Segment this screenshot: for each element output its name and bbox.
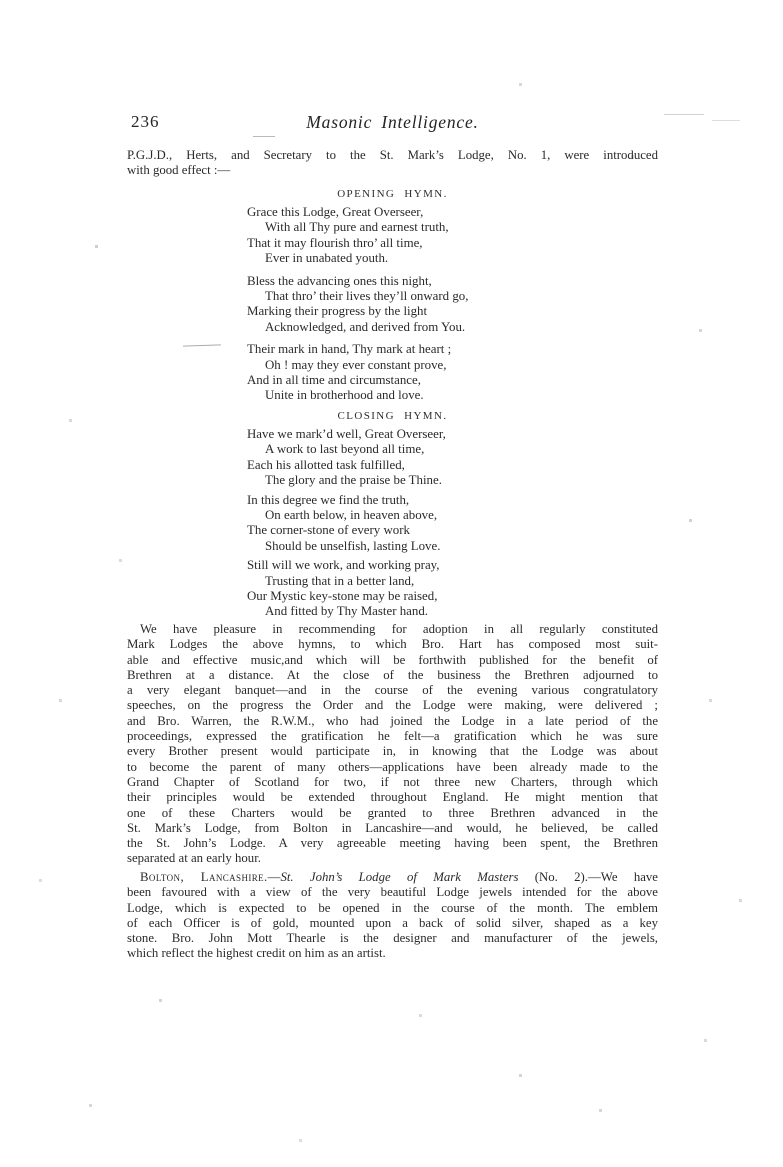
hymn-line: Still will we work, and working pray, bbox=[247, 558, 658, 573]
hymn-line: The corner-stone of every work bbox=[247, 523, 658, 538]
body-line: P.G.J.D., Herts, and Secretary to the St… bbox=[127, 148, 658, 163]
body-line: separated at an early hour. bbox=[127, 851, 658, 866]
hymn-line: That thro’ their lives they’ll onward go… bbox=[247, 289, 658, 304]
hymn-line: Marking their progress by the light bbox=[247, 304, 658, 319]
body-line: and Bro. Warren, the R.W.M., who had joi… bbox=[127, 714, 658, 729]
body-line: a very elegant banquet—and in the course… bbox=[127, 683, 658, 698]
report-paragraph: We have pleasure in recommending for ado… bbox=[127, 622, 658, 867]
intro-paragraph: P.G.J.D., Herts, and Secretary to the St… bbox=[127, 148, 658, 179]
body-line: stone. Bro. John Mott Thearle is the des… bbox=[127, 931, 658, 946]
hymn-line: On earth below, in heaven above, bbox=[247, 508, 658, 523]
lead-rest: (No. 2).—We have bbox=[518, 870, 658, 884]
opening-hymn-section: OPENING HYMN. Grace this Lodge, Great Ov… bbox=[127, 188, 658, 411]
body-line: Grand Chapter of Scotland for two, if no… bbox=[127, 775, 658, 790]
body-line: We have pleasure in recommending for ado… bbox=[127, 622, 658, 637]
hymn-line: Have we mark’d well, Great Overseer, bbox=[247, 427, 658, 442]
body-line: proceedings, expressed the gratification… bbox=[127, 729, 658, 744]
body-line: Bolton, Lancashire.—St. John’s Lodge of … bbox=[127, 870, 658, 885]
page-header: 236 Masonic Intelligence. bbox=[127, 112, 658, 136]
hymn-verse: Grace this Lodge, Great Overseer, With a… bbox=[127, 205, 658, 267]
hymn-line: Our Mystic key-stone may be raised, bbox=[247, 589, 658, 604]
opening-hymn-heading: OPENING HYMN. bbox=[127, 188, 658, 201]
body-line: been favoured with a view of the very be… bbox=[127, 885, 658, 900]
closing-hymn-section: CLOSING HYMN. Have we mark’d well, Great… bbox=[127, 410, 658, 624]
scan-speckles bbox=[0, 0, 1, 1]
body-line: St. Mark’s Lodge, from Bolton in Lancash… bbox=[127, 821, 658, 836]
body-line: with good effect :— bbox=[127, 163, 658, 178]
closing-hymn-heading: CLOSING HYMN. bbox=[127, 410, 658, 423]
hymn-line: Trusting that in a better land, bbox=[247, 574, 658, 589]
hymn-line: Oh ! may they ever constant prove, bbox=[247, 358, 658, 373]
hymn-line: Unite in brotherhood and love. bbox=[247, 388, 658, 403]
scanned-page: 236 Masonic Intelligence. P.G.J.D., Hert… bbox=[0, 0, 783, 1167]
hymn-line: With all Thy pure and earnest truth, bbox=[247, 220, 658, 235]
hymn-line: Bless the advancing ones this night, bbox=[247, 274, 658, 289]
body-line: Lodge, which is expected to be opened in… bbox=[127, 901, 658, 916]
hymn-verse: In this degree we find the truth, On ear… bbox=[127, 493, 658, 555]
body-line: of each Officer is of gold, mounted upon… bbox=[127, 916, 658, 931]
page-number: 236 bbox=[131, 112, 160, 132]
place-name: Bolton, Lancashire. bbox=[140, 870, 268, 884]
dash: — bbox=[268, 870, 281, 884]
body-line: which reflect the highest credit on him … bbox=[127, 946, 658, 961]
hymn-verse: Bless the advancing ones this night, Tha… bbox=[127, 274, 658, 336]
hymn-verse: Have we mark’d well, Great Overseer, A w… bbox=[127, 427, 658, 489]
body-line: the St. John’s Lodge. A very agreeable m… bbox=[127, 836, 658, 851]
scan-artifact bbox=[253, 136, 275, 137]
hymn-line: Ever in unabated youth. bbox=[247, 251, 658, 266]
body-line: their principles would be extended throu… bbox=[127, 790, 658, 805]
hymn-line: Should be unselfish, lasting Love. bbox=[247, 539, 658, 554]
body-line: Brethren at a distance. At the close of … bbox=[127, 668, 658, 683]
hymn-verse: Still will we work, and working pray, Tr… bbox=[127, 558, 658, 620]
body-line: Mark Lodges the above hymns, to which Br… bbox=[127, 637, 658, 652]
body-line: every Brother present would participate … bbox=[127, 744, 658, 759]
hymn-line: Acknowledged, and derived from You. bbox=[247, 320, 658, 335]
hymn-line: That it may flourish thro’ all time, bbox=[247, 236, 658, 251]
hymn-line: And fitted by Thy Master hand. bbox=[247, 604, 658, 619]
body-line: to become the parent of many others—appl… bbox=[127, 760, 658, 775]
bolton-paragraph: Bolton, Lancashire.—St. John’s Lodge of … bbox=[127, 870, 658, 962]
hymn-verse: Their mark in hand, Thy mark at heart ; … bbox=[127, 342, 658, 404]
hymn-line: Each his allotted task fulfilled, bbox=[247, 458, 658, 473]
lodge-name: St. John’s Lodge of Mark Masters bbox=[280, 870, 518, 884]
hymn-line: And in all time and circumstance, bbox=[247, 373, 658, 388]
hymn-line: The glory and the praise be Thine. bbox=[247, 473, 658, 488]
body-line: one of these Charters would be granted t… bbox=[127, 806, 658, 821]
hymn-line: A work to last beyond all time, bbox=[247, 442, 658, 457]
hymn-line: Their mark in hand, Thy mark at heart ; bbox=[247, 342, 658, 357]
journal-title: Masonic Intelligence. bbox=[127, 112, 658, 133]
scan-artifact bbox=[664, 114, 704, 115]
body-line: able and effective music,and which will … bbox=[127, 653, 658, 668]
hymn-line: Grace this Lodge, Great Overseer, bbox=[247, 205, 658, 220]
hymn-line: In this degree we find the truth, bbox=[247, 493, 658, 508]
body-line: speeches, on the progress the Order and … bbox=[127, 698, 658, 713]
scan-artifact bbox=[712, 120, 740, 121]
